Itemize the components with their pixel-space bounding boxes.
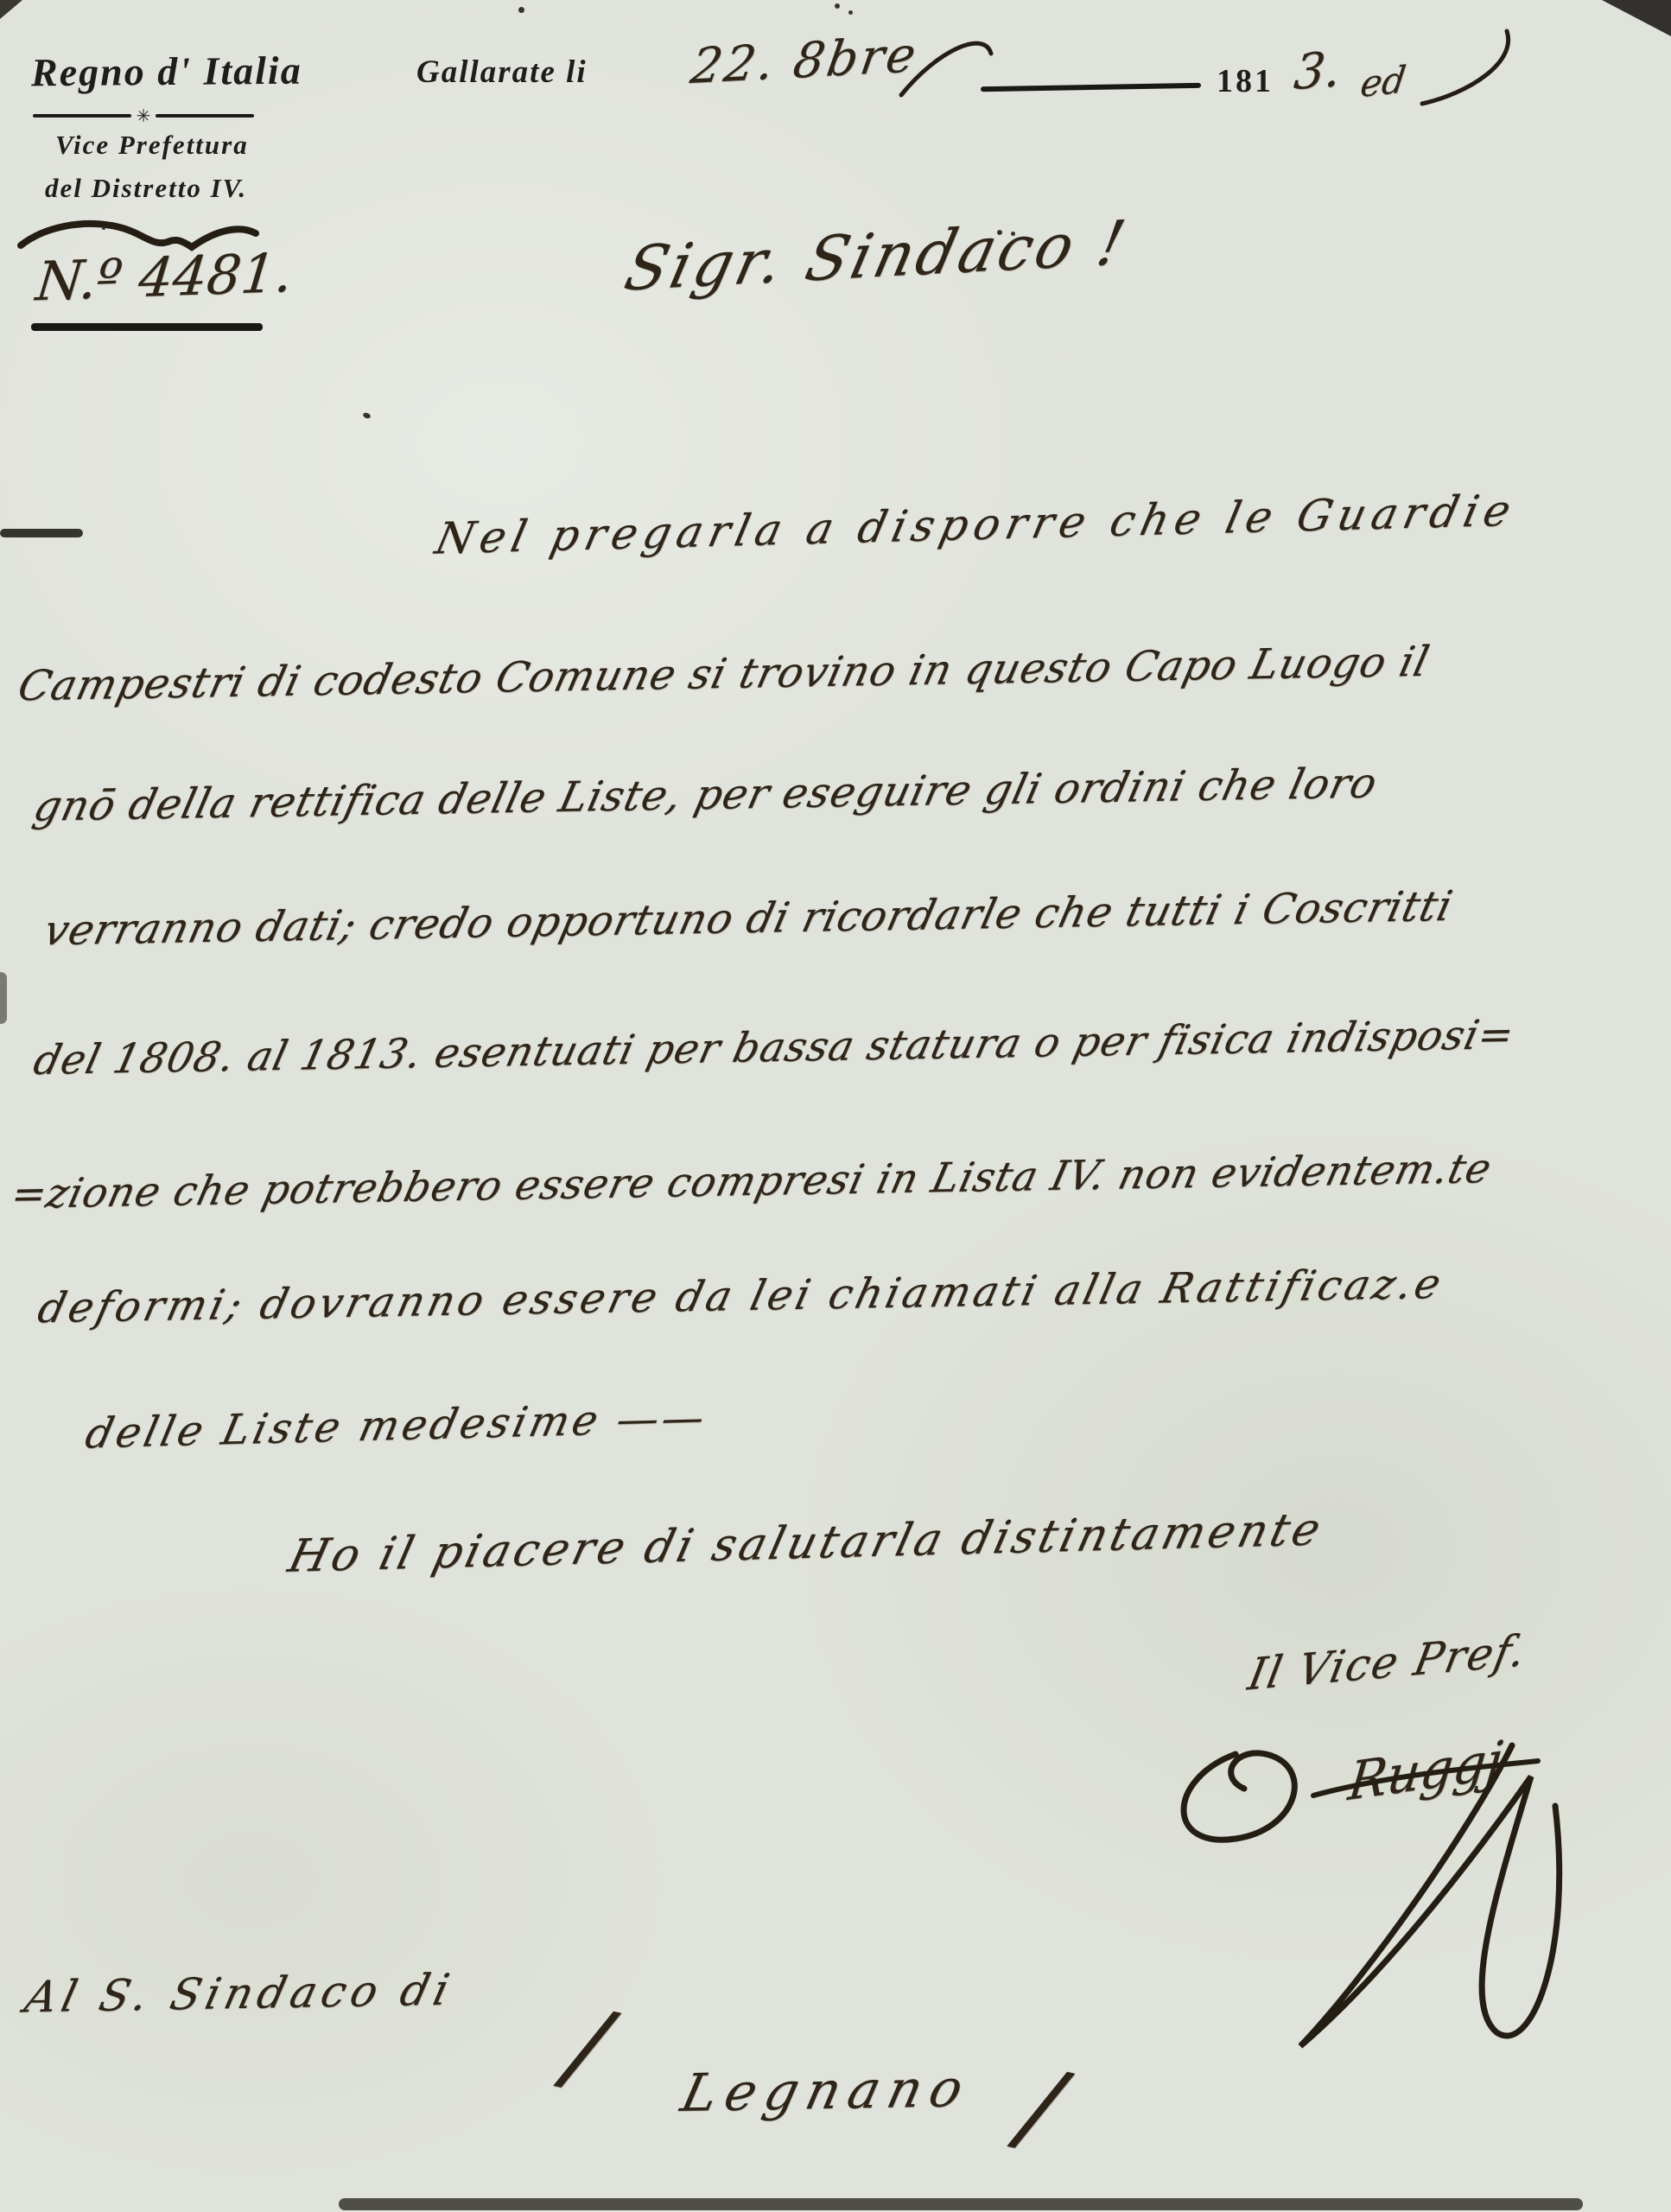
rule-left-segment <box>33 114 131 118</box>
page-corner-shadow-top-left <box>0 0 22 19</box>
dateline-place: Gallarate li <box>416 54 588 91</box>
dateline-year-printed: 181 <box>1217 62 1274 100</box>
body-line: delle Liste medesime —— <box>81 1393 713 1458</box>
ink-speck <box>102 226 105 230</box>
letterhead-rule: ✳ <box>33 105 254 126</box>
protocol-number: N.º 4481. <box>33 241 295 314</box>
page-bottom-shadow <box>339 2198 1583 2210</box>
body-line: gnō della rettifica delle Liste, per ese… <box>29 759 1382 830</box>
scanned-letter-page: Regno d' Italia ✳ Vice Prefettura del Di… <box>0 0 1671 2212</box>
body-line: deformi; dovranno essere da lei chiamati… <box>34 1260 1449 1333</box>
body-line: verranno dati; credo opportuno di ricord… <box>40 882 1458 956</box>
address-place: Legnano <box>676 2058 977 2124</box>
rule-right-segment <box>156 114 254 118</box>
ink-speck <box>1011 232 1015 236</box>
ink-speck <box>518 7 524 13</box>
body-line: del 1808. al 1813. esentuati per bassa s… <box>29 1011 1519 1084</box>
signature-title: Il Vice Pref. <box>1244 1624 1531 1700</box>
page-edge-mark-left <box>0 972 7 1024</box>
dateline-year-hand: 3. <box>1292 41 1344 101</box>
dateline-tail-text: ed <box>1358 58 1408 105</box>
margin-ink-mark <box>0 529 83 537</box>
dateline-day-month: 22. 8bre <box>687 27 922 95</box>
letterhead-bottom-rule <box>31 323 263 331</box>
address-close-delimiter: / <box>1012 2045 1071 2170</box>
salutation: Sigr. Sindaco ! <box>619 207 1135 304</box>
body-line: Campestri di codesto Comune si trovino i… <box>14 638 1434 711</box>
ink-speck <box>835 3 840 9</box>
office-name-line1: Vice Prefettura <box>55 130 249 161</box>
address-open-delimiter: / <box>558 1985 617 2109</box>
body-line: Nel pregarla a disporre che le Guardie <box>431 485 1522 563</box>
dateline-dash <box>981 83 1201 92</box>
rosette-icon: ✳ <box>137 105 151 126</box>
body-line: =zione che potrebbero essere compresi in… <box>7 1145 1496 1218</box>
kingdom-title: Regno d' Italia <box>31 48 302 96</box>
ink-speck <box>362 412 372 420</box>
closing-line: Ho il piacere di salutarla distintamente <box>283 1503 1329 1583</box>
address-recipient: Al S. Sindaco di <box>20 1965 459 2023</box>
ink-speck <box>997 230 1002 235</box>
page-corner-shadow-top-right <box>1602 0 1671 36</box>
signature-flourish <box>1106 1694 1642 2074</box>
office-name-line2: del Distretto IV. <box>45 173 247 204</box>
dateline-tail-flourish <box>1417 24 1529 111</box>
ink-speck <box>848 10 853 15</box>
